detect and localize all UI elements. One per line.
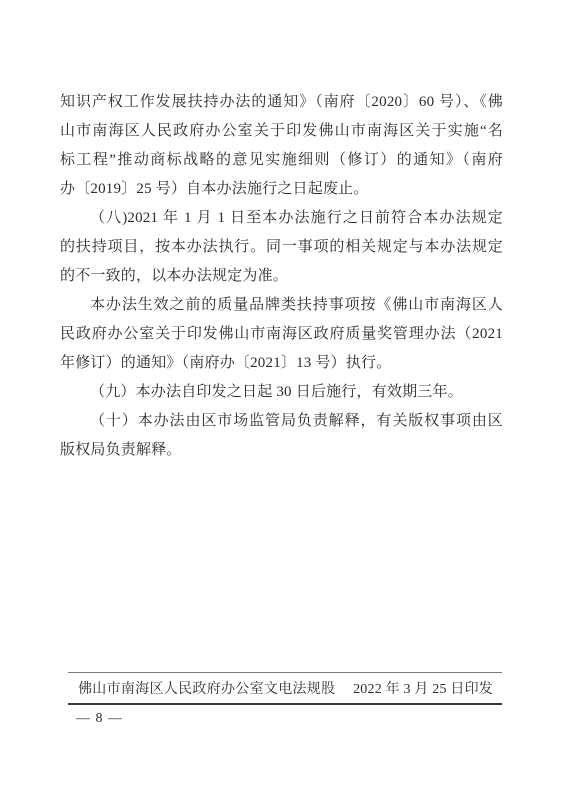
body-line: 版权局负责解释。 <box>60 436 503 465</box>
body-line: 山市南海区人民政府办公室关于印发佛山市南海区关于实施“名 <box>60 117 503 146</box>
body-line: 民政府办公室关于印发佛山市南海区政府质量奖管理办法（2021 <box>60 320 503 349</box>
footer-info-row: 佛山市南海区人民政府办公室文电法规股 2022 年 3 月 25 日印发 <box>68 676 502 700</box>
body-line: 年修订）的通知》（南府办〔2021〕13 号）执行。 <box>60 349 503 378</box>
body-line: 的扶持项目，按本办法执行。同一事项的相关规定与本办法规定 <box>60 233 503 262</box>
print-date: 2022 年 3 月 25 日印发 <box>353 678 493 698</box>
page-number: — 8 — <box>76 710 123 728</box>
body-line: 的不一致的，以本办法规定为准。 <box>60 262 503 291</box>
body-line: （八)2021 年 1 月 1 日至本办法施行之日前符合本办法规定 <box>60 204 503 233</box>
body-line: 本办法生效之前的质量品牌类扶持事项按《佛山市南海区人 <box>60 291 503 320</box>
body-line: 知识产权工作发展扶持办法的通知》（南府〔2020〕60 号）、《佛 <box>60 88 503 117</box>
body-line: （九）本办法自印发之日起 30 日后施行，有效期三年。 <box>60 378 503 407</box>
body-line: （十）本办法由区市场监管局负责解释，有关版权事项由区 <box>60 407 503 436</box>
footer-divider-bottom <box>68 703 502 705</box>
footer-divider-top <box>68 672 502 673</box>
document-body: 知识产权工作发展扶持办法的通知》（南府〔2020〕60 号）、《佛 山市南海区人… <box>60 88 503 465</box>
issuing-office: 佛山市南海区人民政府办公室文电法规股 <box>78 678 335 698</box>
document-page: 知识产权工作发展扶持办法的通知》（南府〔2020〕60 号）、《佛 山市南海区人… <box>0 0 569 807</box>
body-line: 标工程”推动商标战略的意见实施细则（修订）的通知》（南府 <box>60 146 503 175</box>
body-line: 办〔2019〕25 号）自本办法施行之日起废止。 <box>60 175 503 204</box>
